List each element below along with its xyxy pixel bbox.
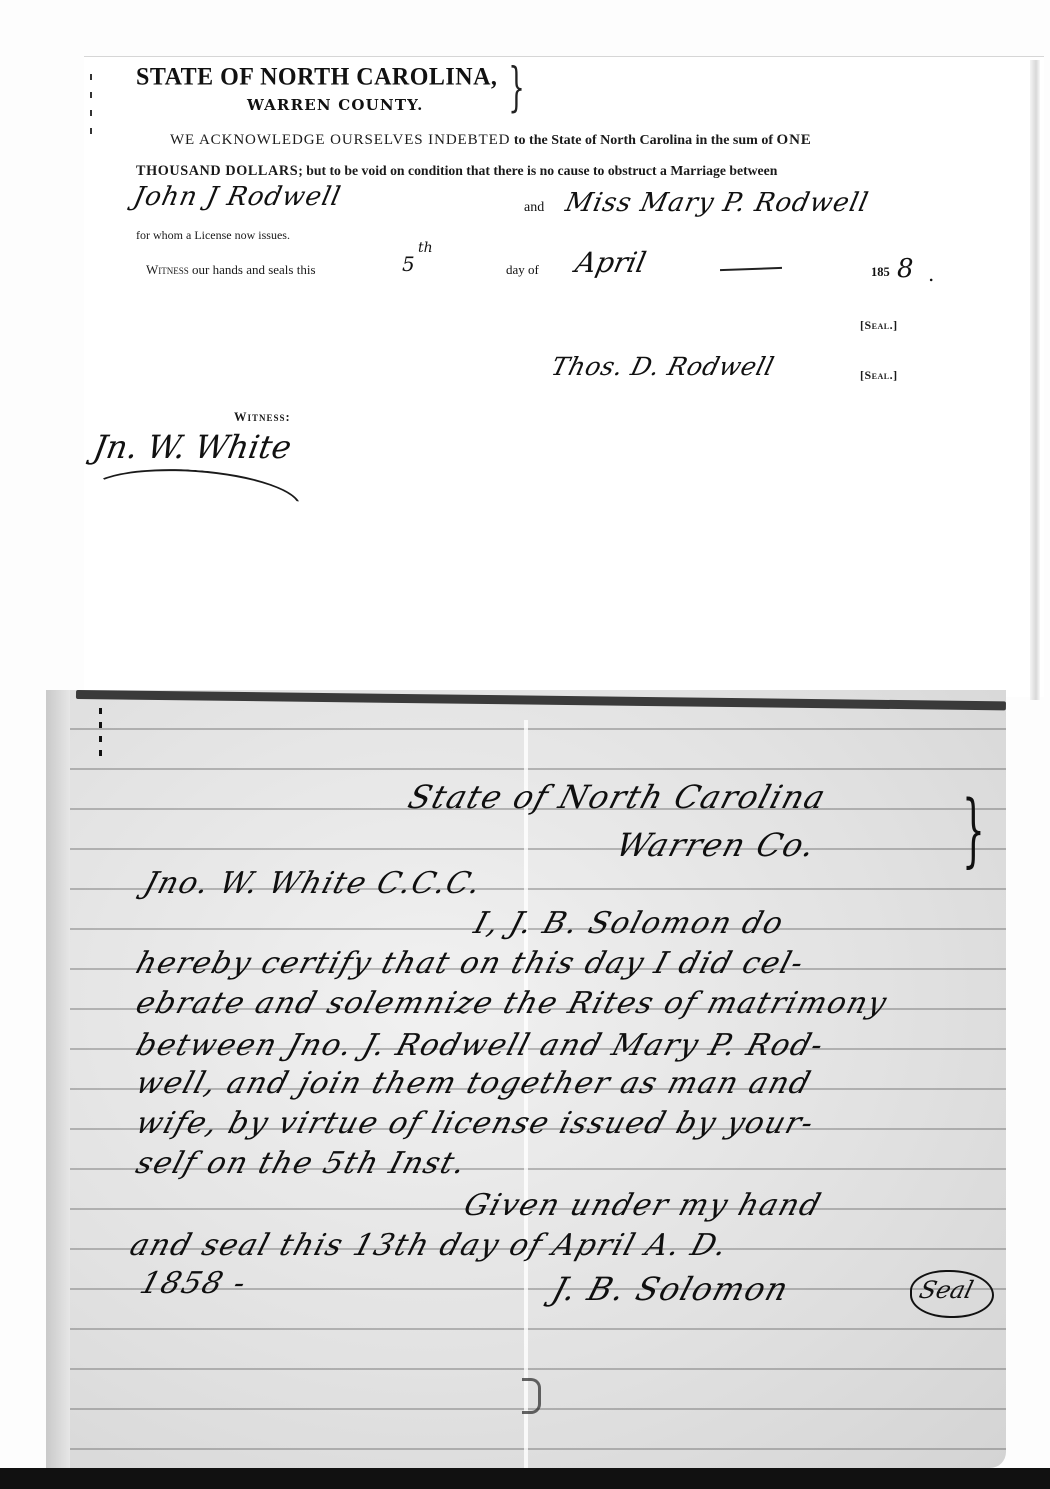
officiant-seal: Seal [910,1270,994,1318]
bond-acknowledge-caps: WE ACKNOWLEDGE OURSELVES INDEBTED [170,132,510,148]
certificate-line: wife, by virtue of license issued by you… [132,1106,819,1141]
bond-line2-text: ; but to be void on condition that there… [298,164,777,179]
year-suffix-handwritten: 8 [897,254,914,284]
certificate-line: self on the 5th Inst. [132,1146,471,1181]
certificate-addressee: Jno. W. White C.C.C. [140,866,486,901]
form-county-title: WARREN COUNTY. [247,96,424,114]
bond-amount-one: ONE [777,132,812,148]
certificate-line: and seal this 13th day of April A. D. [126,1228,732,1263]
seal-label-1: [Seal.] [860,318,898,333]
bond-text-line-2: THOUSAND DOLLARS; but to be void on cond… [136,163,777,180]
day-suffix-handwritten: th [418,240,433,256]
certificate-line: I, J. B. Solomon do [470,906,788,941]
seal-label-2: [Seal.] [860,368,898,383]
certificate-year-line: 1858 - [136,1266,251,1301]
margin-marks [88,74,94,144]
margin-marks-lower [98,708,104,768]
certificate-heading-state: State of North Carolina [404,778,831,816]
witness-word: Witness [146,262,189,277]
officiant-signature: J. B. Solomon [548,1270,794,1308]
bond-text-line-1: WE ACKNOWLEDGE OURSELVES INDEBTED to the… [170,132,812,149]
witness-label: Witness: [234,410,291,425]
bond-amount-thousand: THOUSAND DOLLARS [136,163,298,179]
bond-line1-text: to the State of North Carolina in the su… [510,133,776,148]
page-edge-shadow-left [46,690,70,1470]
month-handwritten: April [572,246,648,279]
day-of-label: day of [506,262,539,278]
certificate-line: ebrate and solemnize the Rites of matrim… [132,986,892,1021]
page-edge-shadow [1030,60,1040,700]
seal-text: Seal [917,1276,977,1304]
license-issues-line: for whom a License now issues. [136,228,290,243]
day-handwritten: 5 [402,252,415,276]
header-brace: } [508,62,525,114]
certificate-line: hereby certify that on this day I did ce… [132,946,809,981]
year-dot: . [928,262,934,286]
groom-name-handwritten: John J Rodwell [131,182,344,212]
witness-hands-line: Witness our hands and seals this [146,262,316,278]
surety-signature: Thos. D. Rodwell [548,352,777,381]
stray-ink-mark [522,1378,541,1414]
year-prefix-printed: 185 [871,265,890,280]
form-state-title: STATE OF NORTH CAROLINA, [136,63,497,91]
certificate-line: well, and join them together as man and [132,1066,816,1101]
certificate-brace: } [962,790,985,870]
witness-signature: Jn. W. White [91,428,295,466]
certificate-heading-county: Warren Co. [612,826,821,864]
bride-name-handwritten: Miss Mary P. Rodwell [563,188,872,218]
scan-bottom-border [0,1468,1050,1489]
certificate-line: between Jno. J. Rodwell and Mary P. Rod- [132,1028,828,1063]
and-label: and [524,200,544,216]
scanned-document: STATE OF NORTH CAROLINA, WARREN COUNTY. … [0,0,1050,1489]
witness-line-text: our hands and seals this [189,262,316,277]
certificate-line: Given under my hand [460,1188,826,1223]
